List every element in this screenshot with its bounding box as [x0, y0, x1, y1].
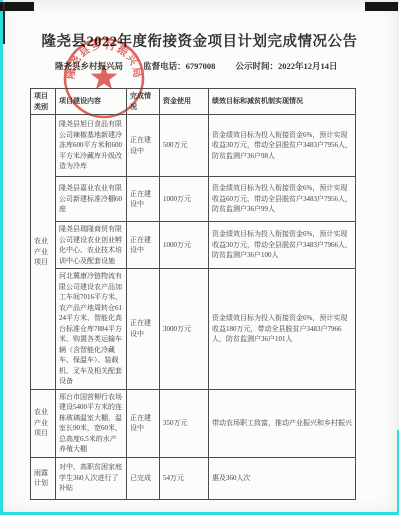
document-page: 隆尧县2022年度衔接资金项目计划完成情况公告 隆尧县乡村振兴局 监督电话：67…: [0, 0, 399, 515]
fund-cell: 1000万元: [160, 177, 209, 222]
performance-cell: 资金绩效目标为投入衔接资金6%，预计实现收益60万元，带动全县脱贫户3483户7…: [209, 177, 356, 222]
category-cell: 农业产业项目: [31, 389, 56, 457]
table-row: 隆尧县瑞隆商贸有限公司建设农业创业孵化中心、农业技术培训中心及配套设施 正在建设…: [31, 222, 356, 269]
fund-cell: 350万元: [160, 389, 209, 457]
status-cell: 正在建设中: [127, 269, 160, 390]
status-cell: 已完成: [127, 457, 160, 499]
scan-edge-left: [0, 0, 3, 515]
performance-cell: 资金绩效目标为投入衔接资金6%，预计实现收益30万元，带动全县脱贫户3483户7…: [209, 222, 356, 269]
table-row: 河北冀康冷链物流有限公司建设农产品加工车间7016平方米、农产品产地周转仓612…: [31, 269, 356, 390]
date-label: 公示时间：: [236, 61, 279, 71]
page-title: 隆尧县2022年度衔接资金项目计划完成情况公告: [0, 30, 399, 51]
performance-cell: 惠及360人次: [209, 457, 356, 499]
performance-cell: 带动农场职工致富，推动产业振兴和乡村振兴: [209, 389, 356, 457]
performance-cell: 资金绩效目标为投入衔接资金6%，预计实现收益30万元，带动全县脱贫户3483户7…: [209, 115, 356, 177]
agency-name: 隆尧县乡村振兴局: [55, 61, 123, 71]
scan-corner-mark-top-right: [365, 2, 398, 11]
col-header-status: 完成情况: [127, 89, 160, 115]
content-cell: 对中、高职贫困家庭学生360人次进行了补贴: [56, 457, 127, 499]
fund-cell: 3000万元: [160, 269, 209, 390]
col-header-category: 项目类别: [31, 89, 56, 115]
col-header-fund: 资金使用: [160, 89, 209, 115]
performance-cell: 资金绩效目标为投入衔接资金6%，预计实现收益180万元，带动全县脱贫户3483户…: [209, 269, 356, 390]
publish-date: 2022年12月14日: [278, 61, 338, 71]
table-header-row: 项目类别 项目建设内容 完成情况 资金使用 绩效目标和减贫机制实现情况: [31, 89, 356, 115]
phone-label: 监督电话：: [143, 61, 186, 71]
content-cell: 河北冀康冷链物流有限公司建设农产品加工车间7016平方米、农产品产地周转仓612…: [56, 269, 127, 390]
fund-cell: 500万元: [160, 115, 209, 177]
fund-cell: 1000万元: [160, 222, 209, 269]
subheader: 隆尧县乡村振兴局 监督电话：6797008 公示时间：2022年12月14日: [55, 60, 385, 72]
status-cell: 正在建设中: [127, 115, 160, 177]
content-cell: 隆尧县旭日食品有限公司辣椒基地新建冷冻库600平方米和600平方米冷藏库升级改造…: [56, 115, 127, 177]
content-cell: 隆尧县嘉业农业有限公司新建标准冷棚60座: [56, 177, 127, 222]
category-cell: 雨露计划: [31, 457, 56, 499]
content-cell: 邢台市国营柳行农场建设5400平方米的连栋玻璃温室大棚，温室长90米，宽60米，…: [56, 389, 127, 457]
table-row: 农业产业项目 隆尧县旭日食品有限公司辣椒基地新建冷冻库600平方米和600平方米…: [31, 115, 356, 177]
table-row: 农业产业项目 邢台市国营柳行农场建设5400平方米的连栋玻璃温室大棚，温室长90…: [31, 389, 356, 457]
status-cell: 正在建设中: [127, 222, 160, 269]
col-header-performance: 绩效目标和减贫机制实现情况: [209, 89, 356, 115]
projects-table: 项目类别 项目建设内容 完成情况 资金使用 绩效目标和减贫机制实现情况 农业产业…: [30, 88, 356, 500]
content-cell: 隆尧县瑞隆商贸有限公司建设农业创业孵化中心、农业技术培训中心及配套设施: [56, 222, 127, 269]
fund-cell: 54万元: [160, 457, 209, 499]
scan-corner-mark-top-left: [0, 2, 34, 11]
col-header-content: 项目建设内容: [56, 89, 127, 115]
table-row: 隆尧县嘉业农业有限公司新建标准冷棚60座 正在建设中 1000万元 资金绩效目标…: [31, 177, 356, 222]
status-cell: 正在建设中: [127, 177, 160, 222]
table-row: 雨露计划 对中、高职贫困家庭学生360人次进行了补贴 已完成 54万元 惠及36…: [31, 457, 356, 499]
status-cell: 正在建设中: [127, 389, 160, 457]
phone-number: 6797008: [186, 61, 216, 71]
category-cell: 农业产业项目: [31, 115, 56, 390]
